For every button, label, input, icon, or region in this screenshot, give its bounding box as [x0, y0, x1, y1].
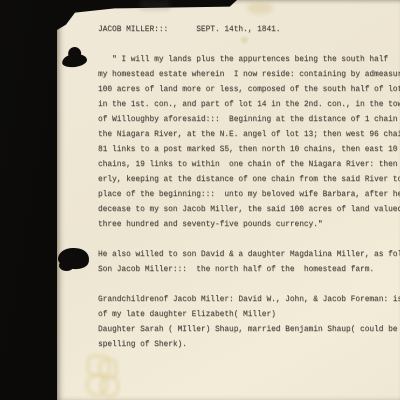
text-line: He also willed to son David & a daughter…: [98, 248, 400, 263]
document-heading: JACOB MILLER::: SEPT. 14th., 1841.: [98, 23, 400, 38]
text-line: 100 acres of land more or less, composed…: [98, 83, 400, 98]
text-line: spelling of Sherk).: [98, 338, 400, 353]
text-line: [98, 278, 400, 293]
text-line: decease to my son Jacob Miller, the said…: [98, 203, 400, 218]
scan-streak: [140, 0, 170, 10]
text-line: three hundred and seventy-five pounds cu…: [98, 218, 400, 233]
text-line: my homestead estate wherein I now reside…: [98, 68, 400, 83]
text-line: chains, 19 links to within one chain of …: [98, 158, 400, 173]
text-line: Daughter Sarah ( MIller) Shaup, married …: [98, 323, 400, 338]
text-line: 81 links to a post marked S5, then north…: [98, 143, 400, 158]
text-line: [98, 38, 400, 53]
paper-sheet: JACOB MILLER::: SEPT. 14th., 1841. " I w…: [57, 0, 400, 400]
text-line: of my late daughter Elizabeth( Miller): [98, 308, 400, 323]
text-line: of Willoughby aforesaid::: Beginning at …: [98, 113, 400, 128]
scanned-document-page: JACOB MILLER::: SEPT. 14th., 1841. " I w…: [0, 0, 400, 400]
text-line: place of the beginning::: unto my belove…: [98, 188, 400, 203]
ink-blot-middle-bump: [59, 260, 74, 271]
text-line: erly, keeping at the distance of one cha…: [98, 173, 400, 188]
text-line: Grandchildrenof Jacob Miller: David W., …: [98, 293, 400, 308]
text-line: the Niagara River, at the N.E. angel of …: [98, 128, 400, 143]
text-line: [98, 233, 400, 248]
text-line: " I will my lands plus the appurtences b…: [98, 53, 400, 68]
document-text: JACOB MILLER::: SEPT. 14th., 1841. " I w…: [98, 23, 400, 353]
text-line: in the 1st. con., and part of lot 14 in …: [98, 98, 400, 113]
text-line: Son Jacob Miller::: the north half of th…: [98, 263, 400, 278]
